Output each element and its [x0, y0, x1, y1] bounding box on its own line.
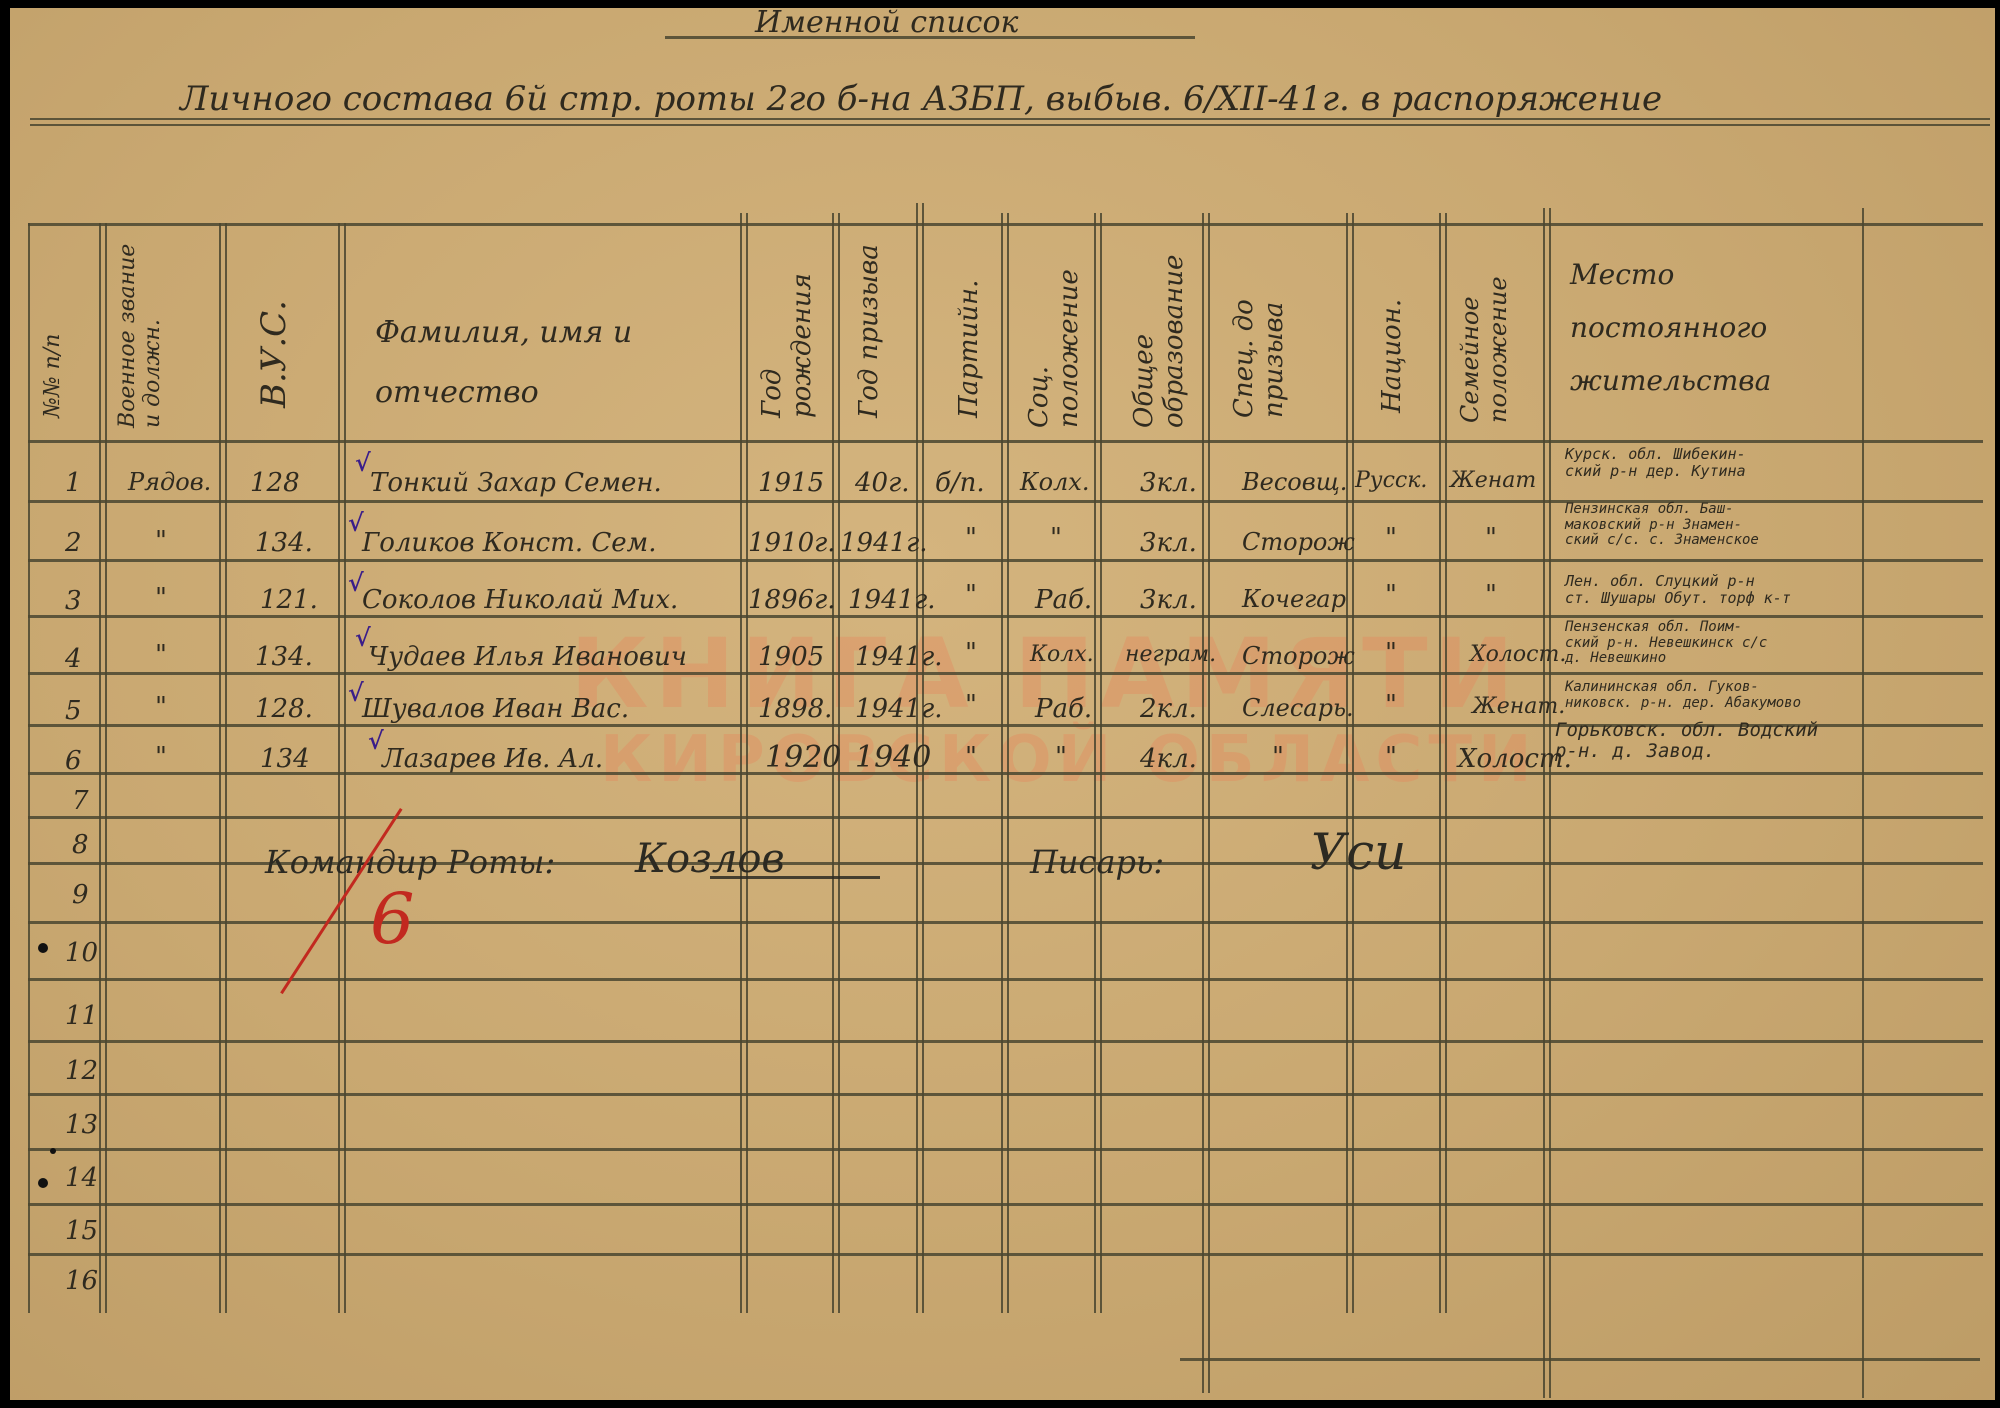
- education-cell: неграм.: [1125, 642, 1216, 667]
- rank-cell: ": [155, 742, 167, 772]
- rank-cell: ": [155, 692, 167, 722]
- header-family: Семейное положение: [1457, 223, 1512, 423]
- party-cell: ": [965, 638, 977, 668]
- rank-cell: ": [155, 583, 167, 613]
- document-heading: Именной список: [755, 8, 1018, 38]
- family-cell: Холост.: [1470, 642, 1566, 667]
- row-number: 1: [65, 468, 82, 498]
- row-number: 8: [72, 830, 89, 860]
- header-nationality: Национ.: [1378, 299, 1408, 413]
- education-cell: 3кл.: [1140, 468, 1197, 498]
- drafted-cell: 1941г.: [840, 528, 928, 558]
- header-party: Партийн.: [955, 280, 985, 418]
- row-number: 11: [65, 1001, 98, 1031]
- row-number: 6: [65, 746, 82, 776]
- header-rank: Военное звание и должн.: [115, 238, 166, 428]
- header-born: Год рождения: [758, 228, 818, 418]
- clerk-signature: Уси: [1310, 823, 1406, 881]
- row-rule: [28, 1093, 1983, 1096]
- header-drafted: Год призыва: [855, 228, 885, 418]
- rank-cell: ": [155, 526, 167, 556]
- nationality-cell: Русск.: [1355, 468, 1427, 493]
- party-cell: б/п.: [935, 468, 985, 498]
- nationality-cell: ": [1385, 690, 1397, 720]
- drafted-cell: 1941г.: [855, 694, 943, 724]
- born-cell: 1915: [758, 468, 824, 498]
- subtitle-rule: [30, 118, 1990, 120]
- name-cell: Соколов Николай Мих.: [362, 585, 678, 615]
- col-line: [1202, 213, 1204, 1393]
- commander-signature-stroke: [710, 876, 880, 879]
- row-number: 14: [65, 1163, 98, 1193]
- born-cell: 1920: [765, 740, 841, 775]
- header-vus: В.У.С.: [255, 300, 294, 408]
- col-line: [1543, 208, 1545, 1398]
- nationality-cell: ": [1385, 742, 1397, 772]
- party-cell: ": [965, 523, 977, 553]
- family-cell: ": [1485, 523, 1497, 553]
- row-rule: [28, 1253, 1983, 1256]
- col-line: [1862, 208, 1864, 1398]
- specialty-cell: Сторож: [1242, 642, 1355, 670]
- punch-hole: [50, 1148, 56, 1154]
- nationality-cell: ": [1385, 638, 1397, 668]
- drafted-cell: 1941г.: [855, 642, 943, 672]
- row-rule: [28, 1040, 1983, 1043]
- drafted-cell: 40г.: [855, 468, 910, 498]
- name-cell: Чудаев Илья Иванович: [368, 642, 687, 672]
- born-cell: 1898.: [758, 694, 832, 724]
- party-cell: ": [965, 580, 977, 610]
- row-rule: [28, 559, 1983, 562]
- row-rule: [28, 1203, 1983, 1206]
- bottom-partial-rule: [1180, 1358, 1980, 1361]
- vus-cell: 121.: [260, 585, 318, 615]
- row-number: 7: [72, 786, 89, 816]
- vus-cell: 134: [260, 744, 310, 774]
- header-num: №№ п/п: [40, 334, 65, 418]
- row-rule: [28, 816, 1983, 819]
- address-cell: Пензинская обл. Баш- маковский р-н Знаме…: [1565, 502, 1759, 549]
- commander-label: Командир Роты:: [265, 843, 555, 881]
- education-cell: 4кл.: [1140, 744, 1197, 774]
- row-number: 4: [65, 644, 82, 674]
- row-number: 3: [65, 586, 82, 616]
- row-number: 9: [72, 880, 89, 910]
- family-cell: Женат: [1450, 468, 1536, 493]
- row-rule: [28, 921, 1983, 924]
- party-cell: ": [965, 742, 977, 772]
- name-cell: Голиков Конст. Сем.: [362, 528, 657, 558]
- social-cell: Колх.: [1020, 468, 1089, 496]
- drafted-cell: 1940: [855, 740, 931, 775]
- vus-cell: 128.: [255, 694, 313, 724]
- vus-cell: 128: [250, 468, 300, 498]
- row-number: 12: [65, 1056, 98, 1086]
- drafted-cell: 1941г.: [848, 585, 936, 615]
- education-cell: 3кл.: [1140, 528, 1197, 558]
- social-cell: Колх.: [1030, 642, 1094, 667]
- name-cell: Лазарев Ив. Ал.: [382, 744, 603, 774]
- checkmark-icon: √: [355, 448, 371, 477]
- nationality-cell: ": [1385, 523, 1397, 553]
- clerk-label: Писарь:: [1030, 843, 1164, 881]
- specialty-cell: ": [1272, 742, 1284, 772]
- social-cell: Раб.: [1035, 694, 1092, 724]
- row-number: 10: [65, 938, 98, 968]
- education-cell: 3кл.: [1140, 585, 1197, 615]
- table-top-rule: [28, 223, 1983, 226]
- rank-cell: ": [155, 640, 167, 670]
- heading-underline: [665, 36, 1195, 39]
- header-social: Соц. положение: [1025, 228, 1085, 428]
- nationality-cell: ": [1385, 580, 1397, 610]
- party-cell: ": [965, 690, 977, 720]
- row-number: 16: [65, 1266, 98, 1296]
- header-address: Место постоянного жительства: [1570, 248, 1850, 408]
- specialty-cell: Сторож: [1242, 528, 1355, 556]
- rank-cell: Рядов.: [128, 468, 211, 496]
- family-cell: Женат.: [1472, 694, 1565, 719]
- born-cell: 1905: [758, 642, 824, 672]
- row-rule: [28, 978, 1983, 981]
- document-page: Именной список Личного состава 6й стр. р…: [10, 8, 1995, 1400]
- address-cell: Пензенская обл. Поим- ский р-н. Невешкин…: [1565, 620, 1767, 667]
- specialty-cell: Слесарь.: [1242, 694, 1354, 722]
- family-cell: ": [1485, 580, 1497, 610]
- punch-hole: [38, 943, 48, 953]
- row-rule: [28, 1148, 1983, 1151]
- address-cell: Горьковск. обл. Водский р-н. д. Завод.: [1555, 720, 1818, 763]
- row-number: 5: [65, 696, 82, 726]
- header-education: Общее образование: [1130, 228, 1190, 428]
- vus-cell: 134.: [255, 528, 313, 558]
- name-cell: Тонкий Захар Семен.: [370, 468, 662, 498]
- name-cell: Шувалов Иван Вас.: [362, 694, 629, 724]
- header-name: Фамилия, имя и отчество: [375, 303, 695, 423]
- vus-cell: 134.: [255, 642, 313, 672]
- header-bottom-rule: [28, 440, 1983, 443]
- row-rule: [28, 672, 1983, 675]
- specialty-cell: Весовщ.: [1242, 468, 1347, 496]
- born-cell: 1896г.: [748, 585, 836, 615]
- social-cell: ": [1050, 523, 1062, 553]
- address-cell: Калининская обл. Гуков- никовск. р-н. де…: [1565, 680, 1801, 711]
- social-cell: Раб.: [1035, 585, 1092, 615]
- specialty-cell: Кочегар: [1242, 585, 1346, 613]
- address-cell: Курск. обл. Шибекин- ский р-н дер. Кутин…: [1565, 446, 1746, 480]
- row-rule: [28, 772, 1983, 775]
- punch-hole: [38, 1178, 48, 1188]
- row-number: 15: [65, 1216, 98, 1246]
- born-cell: 1910г.: [748, 528, 836, 558]
- education-cell: 2кл.: [1140, 694, 1197, 724]
- row-rule: [28, 615, 1983, 618]
- document-subtitle: Личного состава 6й стр. роты 2го б-на АЗ…: [180, 82, 1662, 116]
- red-pencil-mark: 6: [370, 878, 415, 960]
- header-specialty: Спец. до призыва: [1230, 228, 1290, 418]
- row-number: 13: [65, 1110, 98, 1140]
- row-number: 2: [65, 528, 82, 558]
- address-cell: Лен. обл. Слуцкий р-н ст. Шушары Обут. т…: [1565, 573, 1791, 607]
- social-cell: ": [1055, 742, 1067, 772]
